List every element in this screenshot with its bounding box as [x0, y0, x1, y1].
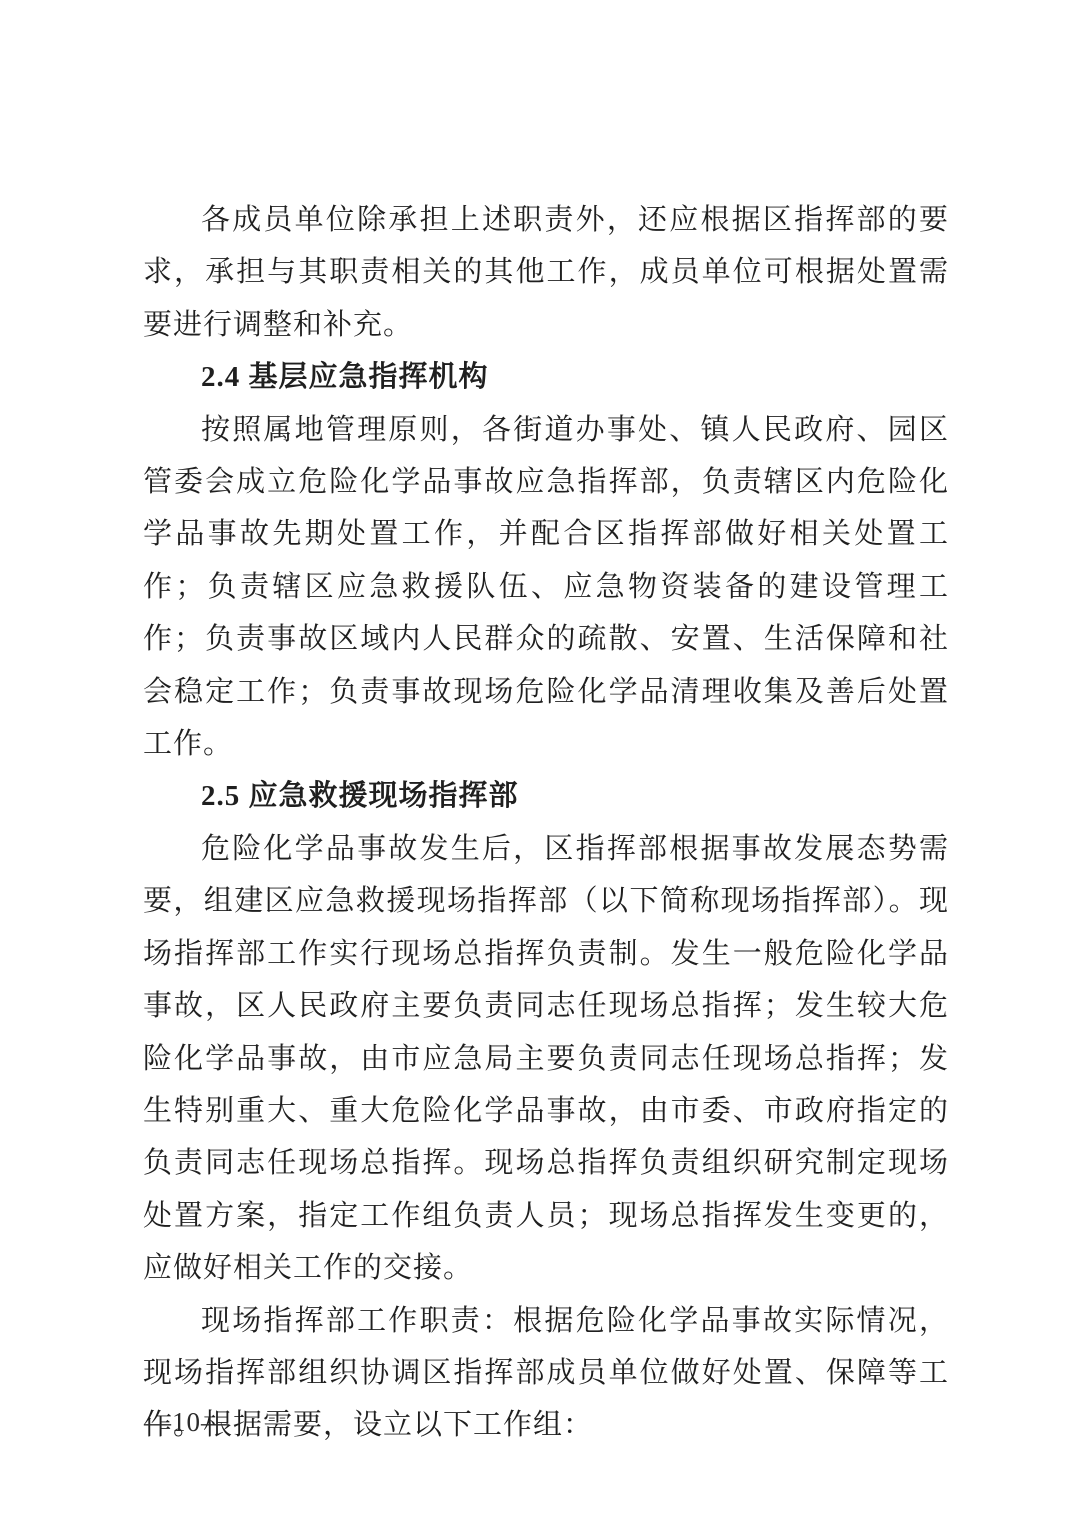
page-number: —10—: [144, 1400, 229, 1444]
paragraph-grassroots-command: 按照属地管理原则，各街道办事处、镇人民政府、园区管委会成立危险化学品事故应急指挥…: [143, 404, 949, 771]
paragraph-onsite-duties: 现场指挥部工作职责：根据危险化学品事故实际情况，现场指挥部组织协调区指挥部成员单…: [143, 1295, 949, 1452]
document-page: 各成员单位除承担上述职责外，还应根据区指挥部的要求，承担与其职责相关的其他工作，…: [143, 194, 949, 1452]
paragraph-member-duties: 各成员单位除承担上述职责外，还应根据区指挥部的要求，承担与其职责相关的其他工作，…: [143, 194, 949, 351]
section-heading-2-4: 2.4 基层应急指挥机构: [143, 351, 949, 403]
paragraph-onsite-command: 危险化学品事故发生后，区指挥部根据事故发展态势需要，组建区应急救援现场指挥部（以…: [143, 823, 949, 1295]
section-heading-2-5: 2.5 应急救援现场指挥部: [143, 770, 949, 822]
